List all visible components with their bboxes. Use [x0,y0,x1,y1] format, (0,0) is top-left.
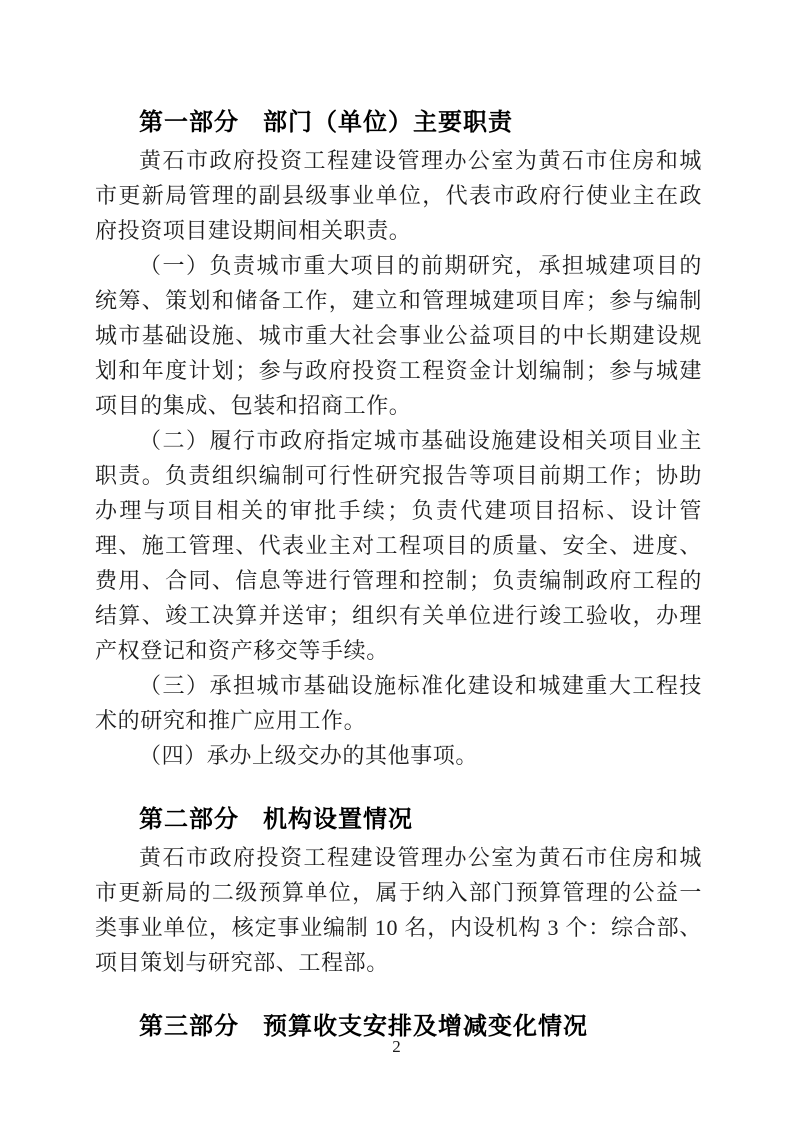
section-1-paragraph-1: 黄石市政府投资工程建设管理办公室为黄石市住房和城市更新局管理的副县级事业单位，代… [95,143,702,248]
section-2-paragraph-1: 黄石市政府投资工程建设管理办公室为黄石市住房和城市更新局的二级预算单位，属于纳入… [95,840,702,980]
section-1-heading-part: 第一部分 [139,109,239,136]
section-1-paragraph-3: （二）履行市政府指定城市基础设施建设相关项目业主职责。负责组织编制可行性研究报告… [95,423,702,668]
document-page: 第一部分部门（单位）主要职责 黄石市政府投资工程建设管理办公室为黄石市住房和城市… [0,0,793,1122]
section-2-heading: 第二部分机构设置情况 [95,800,702,840]
section-1-paragraph-5: （四）承办上级交办的其他事项。 [95,738,702,773]
page-number: 2 [0,1036,793,1058]
section-2-heading-part: 第二部分 [139,806,239,833]
section-1-heading: 第一部分部门（单位）主要职责 [95,103,702,143]
section-1-heading-title: 部门（单位）主要职责 [263,109,513,136]
section-1-paragraph-2: （一）负责城市重大项目的前期研究，承担城建项目的统筹、策划和储备工作，建立和管理… [95,248,702,423]
section-1-paragraph-4: （三）承担城市基础设施标准化建设和城建重大工程技术的研究和推广应用工作。 [95,668,702,738]
section-2-heading-title: 机构设置情况 [263,806,413,833]
